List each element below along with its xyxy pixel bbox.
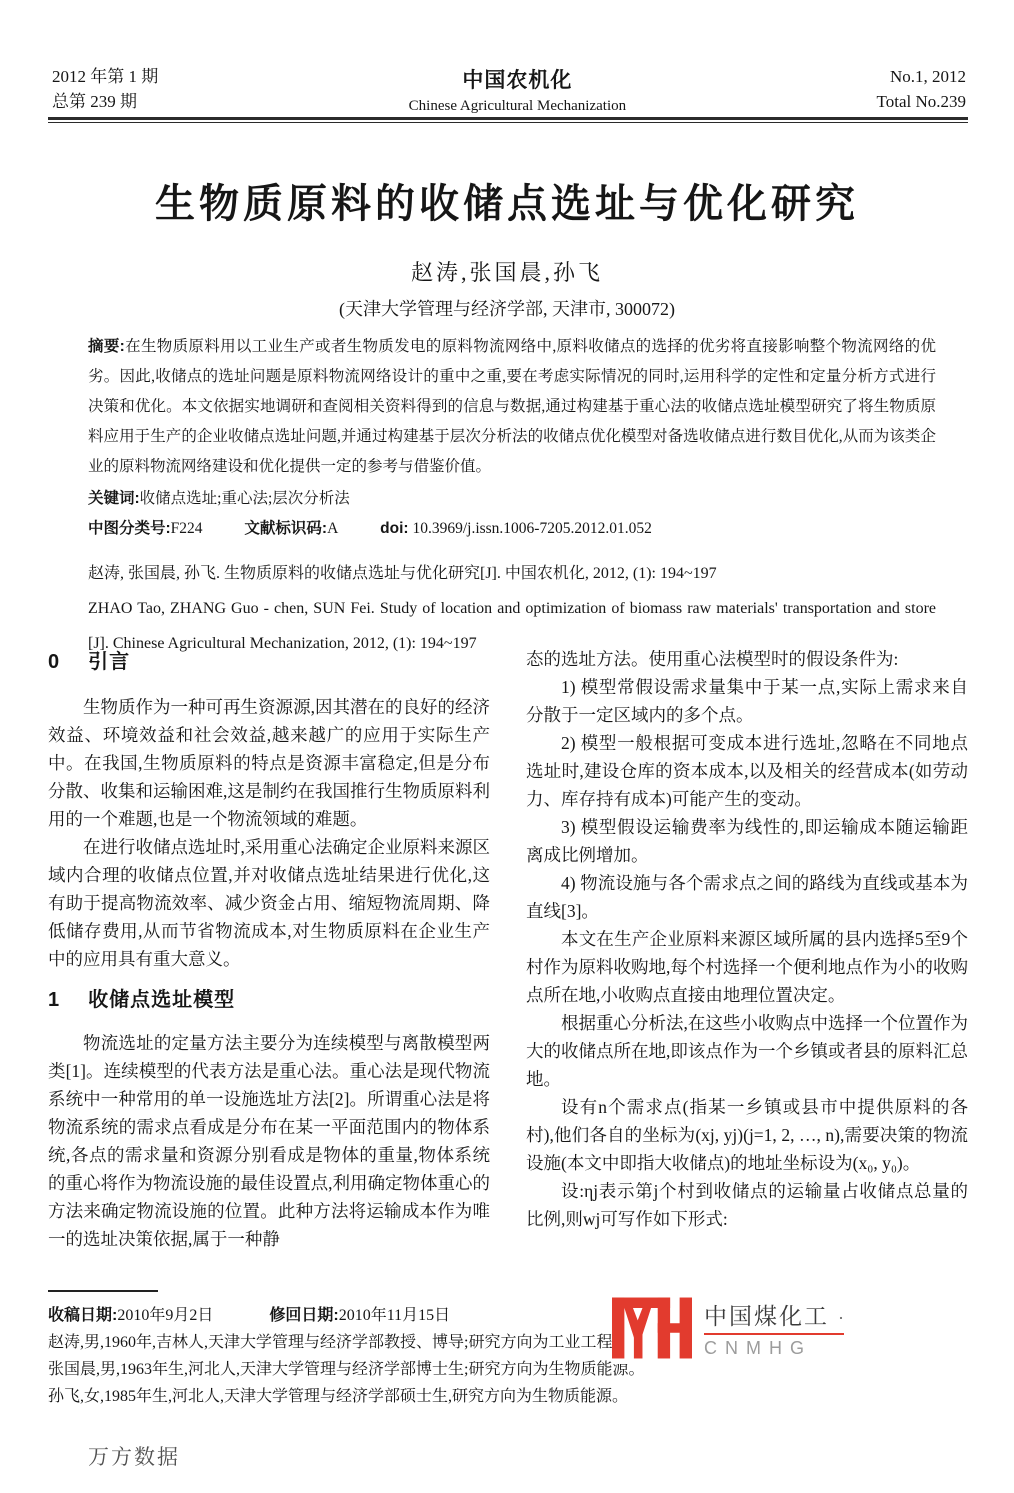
village-selection-paragraph: 本文在生产企业原料来源区域所属的县内选择5至9个村作为原料收购地,每个村选择一个… — [526, 925, 968, 1009]
issue-en-line2: Total No.239 — [877, 89, 966, 114]
section-1-number: 1 — [48, 989, 60, 1011]
watermark-cn-row: 中国煤化工· — [704, 1298, 844, 1335]
author-bio-3: 孙飞,女,1985年生,河北人,天津大学管理与经济学部硕士生,研究方向为生物质能… — [48, 1383, 968, 1410]
model-paragraph-1: 物流选址的定量方法主要分为连续模型与离散模型两类[1]。连续模型的代表方法是重心… — [48, 1029, 490, 1253]
assumption-item-2: 2) 模型一般根据可变成本进行选址,忽略在不同地点选址时,建设仓库的资本成本,以… — [526, 729, 968, 813]
keywords-label: 关键词: — [88, 490, 140, 507]
received-date-label: 收稿日期: — [48, 1307, 117, 1324]
assumption-item-4: 4) 物流设施与各个需求点之间的路线为直线或基本为直线[3]。 — [526, 869, 968, 925]
abstract: 摘要:在生物质原料用以工业生产或者生物质发电的原料物流网络中,原料收储点的选择的… — [88, 332, 936, 482]
clc-segment: 中图分类号:F224 — [88, 520, 203, 537]
revised-date-label: 修回日期: — [269, 1307, 338, 1324]
centroid-method-paragraph: 根据重心分析法,在这些小收购点中选择一个位置作为大的收储点所在地,即该点作为一个… — [526, 1009, 968, 1093]
cnmhg-watermark-text: 中国煤化工· CNMHG — [704, 1298, 844, 1359]
keywords-line: 关键词:收储点选址;重心法;层次分析法 — [88, 484, 936, 514]
revised-date-value: 2010年11月15日 — [339, 1307, 450, 1324]
doi-value: 10.3969/j.issn.1006-7205.2012.01.052 — [412, 520, 651, 537]
section-1-title: 收储点选址模型 — [88, 989, 235, 1011]
right-column: 态的选址方法。使用重心法模型时的假设条件为: 1) 模型常假设需求量集中于某一点… — [526, 645, 968, 1253]
section-0-title: 引言 — [88, 651, 130, 673]
wanfang-watermark: 万方数据 — [88, 1441, 180, 1471]
paper-page: 2012 年第 1 期 总第 239 期 中国农机化 Chinese Agric… — [0, 0, 1014, 1493]
cnmhg-logo-icon — [612, 1297, 692, 1359]
received-date-value: 2010年9月2日 — [117, 1307, 213, 1324]
keywords-text: 收储点选址;重心法;层次分析法 — [140, 490, 350, 507]
section-1-heading: 1收储点选址模型 — [48, 985, 490, 1015]
doc-code-value: A — [327, 520, 338, 537]
intro-paragraph-1: 生物质作为一种可再生资源源,因其潜在的良好的经济效益、环境效益和社会效益,越来越… — [48, 693, 490, 833]
clc-label: 中图分类号: — [88, 520, 171, 537]
section-0-heading: 0引言 — [48, 647, 490, 677]
issue-info-en: No.1, 2012 Total No.239 — [877, 64, 966, 114]
issue-en-line1: No.1, 2012 — [877, 64, 966, 89]
body-columns: 0引言 生物质作为一种可再生资源源,因其潜在的良好的经济效益、环境效益和社会效益… — [48, 645, 968, 1253]
section-0-number: 0 — [48, 651, 60, 673]
footnote-rule — [48, 1290, 158, 1292]
assumption-item-1: 1) 模型常假设需求量集中于某一点,实际上需求来自分散于一定区域内的多个点。 — [526, 673, 968, 729]
doc-code-segment: 文献标识码:A — [244, 520, 338, 537]
issue-info-cn: 2012 年第 1 期 总第 239 期 — [52, 64, 158, 114]
cnmhg-watermark: 中国煤化工· CNMHG — [612, 1292, 866, 1364]
continuation-paragraph: 态的选址方法。使用重心法模型时的假设条件为: — [526, 645, 968, 673]
watermark-name-en: CNMHG — [704, 1338, 844, 1359]
authors: 赵涛,张国晨,孙飞 — [0, 256, 1014, 287]
doi-segment: doi: 10.3969/j.issn.1006-7205.2012.01.05… — [380, 520, 652, 537]
assumption-item-3: 3) 模型假设运输费率为线性的,即运输成本随运输距离成比例增加。 — [526, 813, 968, 869]
clc-value: F224 — [171, 520, 203, 537]
doc-code-label: 文献标识码: — [244, 520, 327, 537]
watermark-dot: · — [838, 1308, 844, 1329]
issue-cn-line2: 总第 239 期 — [52, 89, 158, 114]
left-column: 0引言 生物质作为一种可再生资源源,因其潜在的良好的经济效益、环境效益和社会效益… — [48, 645, 490, 1253]
doi-label: doi: — [380, 520, 408, 537]
demand-points-paragraph: 设有n个需求点(指某一乡镇或县市中提供原料的各村),他们各自的坐标为(xj, y… — [526, 1093, 968, 1177]
header-divider — [48, 117, 968, 123]
journal-name: 中国农机化 Chinese Agricultural Mechanization — [158, 64, 876, 115]
abstract-text: 在生物质原料用以工业生产或者生物质发电的原料物流网络中,原料收储点的选择的优劣将… — [88, 338, 936, 475]
abstract-label: 摘要: — [88, 338, 125, 355]
front-matter: 摘要:在生物质原料用以工业生产或者生物质发电的原料物流网络中,原料收储点的选择的… — [88, 332, 936, 661]
journal-name-cn: 中国农机化 — [158, 64, 876, 94]
citation-cn: 赵涛, 张国晨, 孙飞. 生物质原料的收储点选址与优化研究[J]. 中国农机化,… — [88, 556, 936, 591]
article-title: 生物质原料的收储点选址与优化研究 — [0, 172, 1014, 229]
issue-cn-line1: 2012 年第 1 期 — [52, 64, 158, 89]
watermark-name-cn: 中国煤化工 — [704, 1298, 829, 1331]
citation-en-line1: ZHAO Tao, ZHANG Guo - chen, SUN Fei. Stu… — [88, 591, 936, 626]
journal-header: 2012 年第 1 期 总第 239 期 中国农机化 Chinese Agric… — [52, 64, 966, 115]
received-date: 收稿日期:2010年9月2日 — [48, 1307, 213, 1324]
classification-line: 中图分类号:F224 文献标识码:A doi: 10.3969/j.issn.1… — [88, 514, 936, 544]
affiliation: (天津大学管理与经济学部, 天津市, 300072) — [0, 295, 1014, 321]
intro-paragraph-2: 在进行收储点选址时,采用重心法确定企业原料来源区域内合理的收储点位置,并对收储点… — [48, 833, 490, 973]
ratio-definition-paragraph: 设:ηj表示第j个村到收储点的运输量占收储点总量的比例,则wj可写作如下形式: — [526, 1177, 968, 1233]
revised-date: 修回日期:2010年11月15日 — [269, 1307, 450, 1324]
journal-name-en: Chinese Agricultural Mechanization — [158, 98, 876, 115]
